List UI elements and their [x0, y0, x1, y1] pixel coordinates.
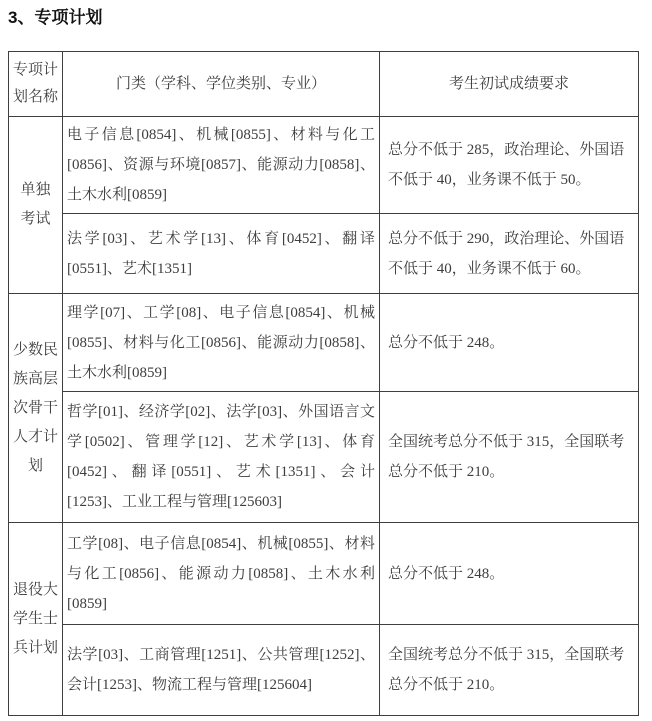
header-score-requirement: 考生初试成绩要求	[380, 52, 639, 117]
header-plan-name: 专项计 划名称	[9, 52, 63, 117]
plan-name-minority-backbone: 少数民 族高层 次骨干 人才计 划	[9, 294, 63, 523]
requirement-cell: 全国统考总分不低于 315，全国联考总分不低于 210。	[380, 625, 639, 716]
categories-cell: 电子信息[0854]、机械[0855]、材料与化工[0856]、资源与环境[08…	[63, 117, 380, 214]
plan-name-separate-exam: 单独 考试	[9, 117, 63, 294]
categories-cell: 理学[07]、工学[08]、电子信息[0854]、机械[0855]、材料与化工[…	[63, 294, 380, 392]
plan-name-veteran-soldier: 退役大 学生士 兵计划	[9, 523, 63, 716]
requirement-cell: 总分不低于 248。	[380, 523, 639, 625]
table-row-veteran-plan-2: 法学[03]、工商管理[1251]、公共管理[1252]、会计[1253]、物流…	[9, 625, 639, 716]
table-row-veteran-plan-1: 退役大 学生士 兵计划 工学[08]、电子信息[0854]、机械[0855]、材…	[9, 523, 639, 625]
requirement-cell: 总分不低于 248。	[380, 294, 639, 392]
requirement-cell: 全国统考总分不低于 315，全国联考总分不低于 210。	[380, 392, 639, 523]
page-title: 3、专项计划	[0, 0, 652, 30]
categories-cell: 法学[03]、艺术学[13]、体育[0452]、翻译[0551]、艺术[1351…	[63, 214, 380, 294]
table-row-separate-exam-1: 单独 考试 电子信息[0854]、机械[0855]、材料与化工[0856]、资源…	[9, 117, 639, 214]
categories-cell: 法学[03]、工商管理[1251]、公共管理[1252]、会计[1253]、物流…	[63, 625, 380, 716]
categories-cell: 哲学[01]、经济学[02]、法学[03]、外国语言文学[0502]、管理学[1…	[63, 392, 380, 523]
table-header-row: 专项计 划名称 门类（学科、学位类别、专业） 考生初试成绩要求	[9, 52, 639, 117]
categories-cell: 工学[08]、电子信息[0854]、机械[0855]、材料与化工[0856]、能…	[63, 523, 380, 625]
table-row-minority-plan-2: 哲学[01]、经济学[02]、法学[03]、外国语言文学[0502]、管理学[1…	[9, 392, 639, 523]
special-plan-table: 专项计 划名称 门类（学科、学位类别、专业） 考生初试成绩要求 单独 考试 电子…	[8, 51, 639, 716]
header-categories: 门类（学科、学位类别、专业）	[63, 52, 380, 117]
requirement-cell: 总分不低于 290，政治理论、外国语不低于 40，业务课不低于 60。	[380, 214, 639, 294]
document-page: 3、专项计划 专项计 划名称 门类（学科、学位类别、专业） 考生初试成绩要求 单…	[0, 0, 652, 721]
requirement-cell: 总分不低于 285，政治理论、外国语不低于 40，业务课不低于 50。	[380, 117, 639, 214]
table-row-minority-plan-1: 少数民 族高层 次骨干 人才计 划 理学[07]、工学[08]、电子信息[085…	[9, 294, 639, 392]
table-row-separate-exam-2: 法学[03]、艺术学[13]、体育[0452]、翻译[0551]、艺术[1351…	[9, 214, 639, 294]
